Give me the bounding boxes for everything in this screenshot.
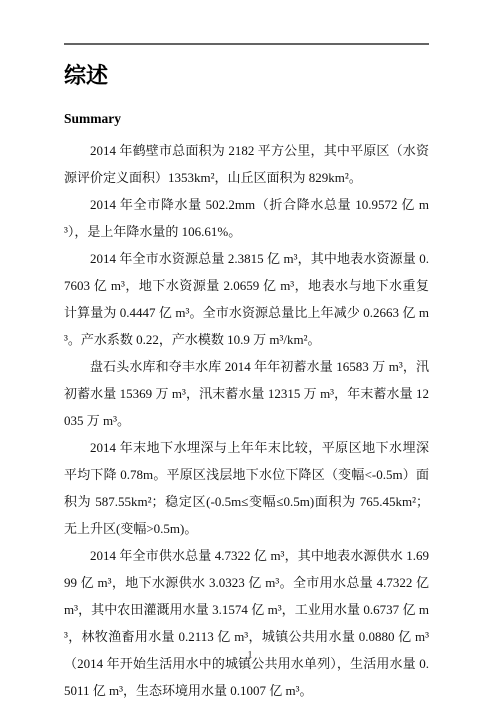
paragraph-area-overview: 2014 年鹤壁市总面积为 2182 平方公里，其中平原区（水资源评价定义面积）… (64, 137, 429, 191)
document-content: 综述 Summary 2014 年鹤壁市总面积为 2182 平方公里，其中平原区… (64, 62, 429, 704)
header-rule (64, 43, 429, 45)
page-title: 综述 (64, 62, 429, 90)
paragraph-reservoir-storage: 盘石头水库和夺丰水库 2014 年年初蓄水量 16583 万 m³，汛初蓄水量 … (64, 353, 429, 434)
paragraph-groundwater-depth: 2014 年末地下水埋深与上年年末比较，平原区地下水埋深平均下降 0.78m。平… (64, 434, 429, 542)
page-number: 1 (0, 648, 500, 662)
paragraph-precipitation: 2014 年全市降水量 502.2mm（折合降水总量 10.9572 亿 m³）… (64, 191, 429, 245)
document-page: 综述 Summary 2014 年鹤壁市总面积为 2182 平方公里，其中平原区… (0, 0, 500, 707)
paragraph-water-resources-total: 2014 年全市水资源总量 2.3815 亿 m³，其中地表水资源量 0.760… (64, 245, 429, 353)
page-subtitle: Summary (64, 110, 429, 128)
document-body: 2014 年鹤壁市总面积为 2182 平方公里，其中平原区（水资源评价定义面积）… (64, 137, 429, 704)
paragraph-water-supply-usage: 2014 年全市供水总量 4.7322 亿 m³，其中地表水源供水 1.6999… (64, 542, 429, 704)
